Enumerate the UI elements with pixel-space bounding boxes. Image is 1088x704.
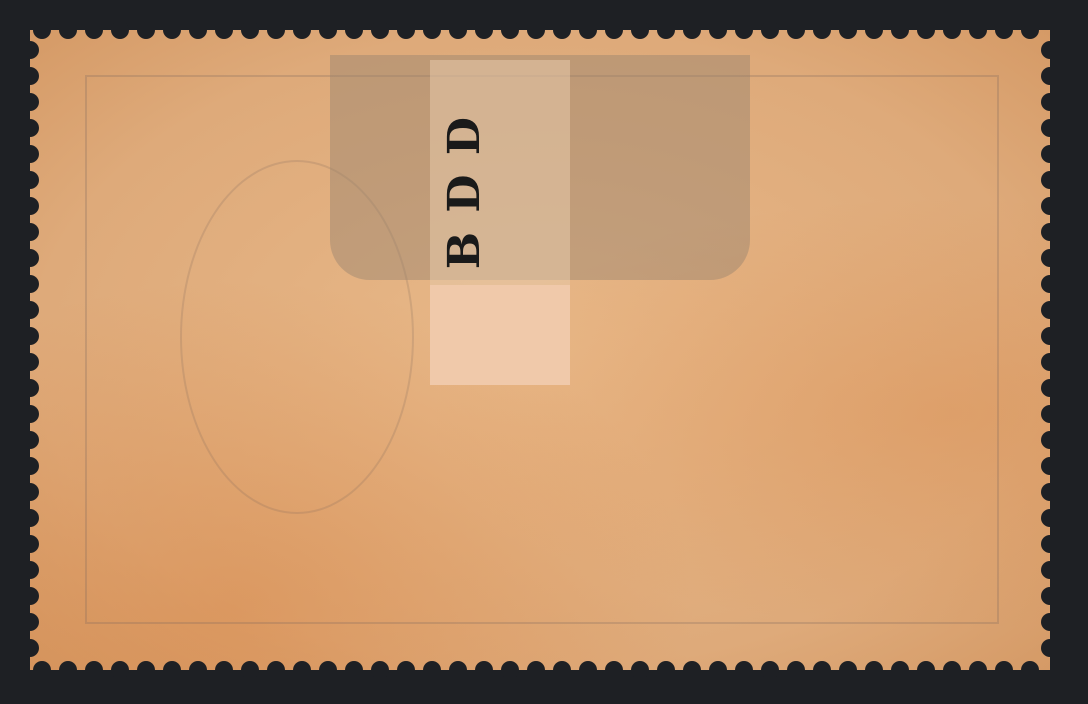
hinge-strip-lower — [430, 285, 570, 385]
guarantee-mark: B D D — [438, 115, 492, 269]
stamp-back: B D D — [30, 30, 1050, 670]
